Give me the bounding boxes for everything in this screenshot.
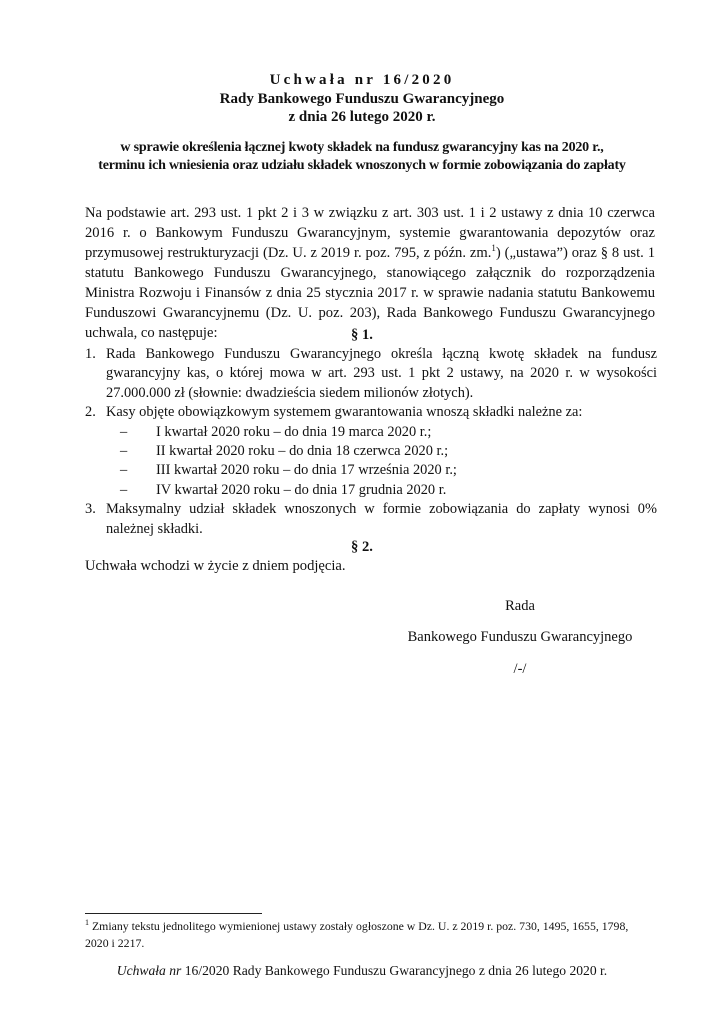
sub-list-item: – II kwartał 2020 roku – do dnia 18 czer… (85, 442, 657, 461)
footnote-separator (85, 913, 262, 914)
sub-list-item-text: II kwartał 2020 roku – do dnia 18 czerwc… (156, 443, 448, 459)
resolution-title: Uchwała nr 16/2020 (0, 70, 724, 90)
dash-bullet: – (120, 481, 127, 500)
list-item-number: 1. (85, 345, 96, 364)
footer-text: 16/2020 Rady Bankowego Funduszu Gwarancy… (181, 963, 607, 978)
resolution-issuer: Rady Bankowego Funduszu Gwarancyjnego (0, 89, 724, 109)
subject-line-1: w sprawie określenia łącznej kwoty skład… (0, 139, 724, 157)
footnote-text: Zmiany tekstu jednolitego wymienionej us… (85, 919, 628, 950)
list-item: 2. Kasy objęte obowiązkowym systemem gwa… (85, 403, 657, 422)
signature-rada: Rada (420, 596, 620, 616)
list-item-text: Kasy objęte obowiązkowym systemem gwaran… (106, 404, 582, 420)
resolution-subject: w sprawie określenia łącznej kwoty skład… (0, 139, 724, 175)
sub-list-item-text: IV kwartał 2020 roku – do dnia 17 grudni… (156, 482, 446, 498)
sub-list-item: – III kwartał 2020 roku – do dnia 17 wrz… (85, 461, 657, 480)
list-item-number: 2. (85, 403, 96, 422)
list-item: 3. Maksymalny udział składek wnoszonych … (85, 500, 657, 539)
section-2-heading: § 2. (0, 537, 724, 557)
list-item-text: Rada Bankowego Funduszu Gwarancyjnego ok… (106, 346, 657, 401)
signature-mark: /-/ (420, 659, 620, 679)
list-item-text: Maksymalny udział składek wnoszonych w f… (106, 501, 657, 536)
footer-italic: Uchwała nr (117, 963, 182, 978)
resolution-date: z dnia 26 lutego 2020 r. (0, 107, 724, 127)
dash-bullet: – (120, 423, 127, 442)
list-item: 1. Rada Bankowego Funduszu Gwarancyjnego… (85, 345, 657, 403)
dash-bullet: – (120, 461, 127, 480)
sub-list-item: – I kwartał 2020 roku – do dnia 19 marca… (85, 423, 657, 442)
signature-institution: Bankowego Funduszu Gwarancyjnego (380, 627, 660, 647)
footnote: 1 Zmiany tekstu jednolitego wymienionej … (85, 918, 645, 952)
preamble: Na podstawie art. 293 ust. 1 pkt 2 i 3 w… (85, 203, 655, 343)
subject-line-2: terminu ich wniesienia oraz udziału skła… (0, 157, 724, 175)
section-1-list: 1. Rada Bankowego Funduszu Gwarancyjnego… (85, 345, 657, 539)
sub-list-item-text: I kwartał 2020 roku – do dnia 19 marca 2… (156, 424, 431, 440)
sub-list-item: – IV kwartał 2020 roku – do dnia 17 grud… (85, 481, 657, 500)
list-item-number: 3. (85, 500, 96, 519)
document-page: Uchwała nr 16/2020 Rady Bankowego Fundus… (0, 0, 724, 1024)
dash-bullet: – (120, 442, 127, 461)
section-2-text: Uchwała wchodzi w życie z dniem podjęcia… (85, 556, 655, 576)
section-1-heading: § 1. (0, 325, 724, 345)
sub-list-item-text: III kwartał 2020 roku – do dnia 17 wrześ… (156, 462, 457, 478)
page-footer: Uchwała nr 16/2020 Rady Bankowego Fundus… (0, 962, 724, 980)
